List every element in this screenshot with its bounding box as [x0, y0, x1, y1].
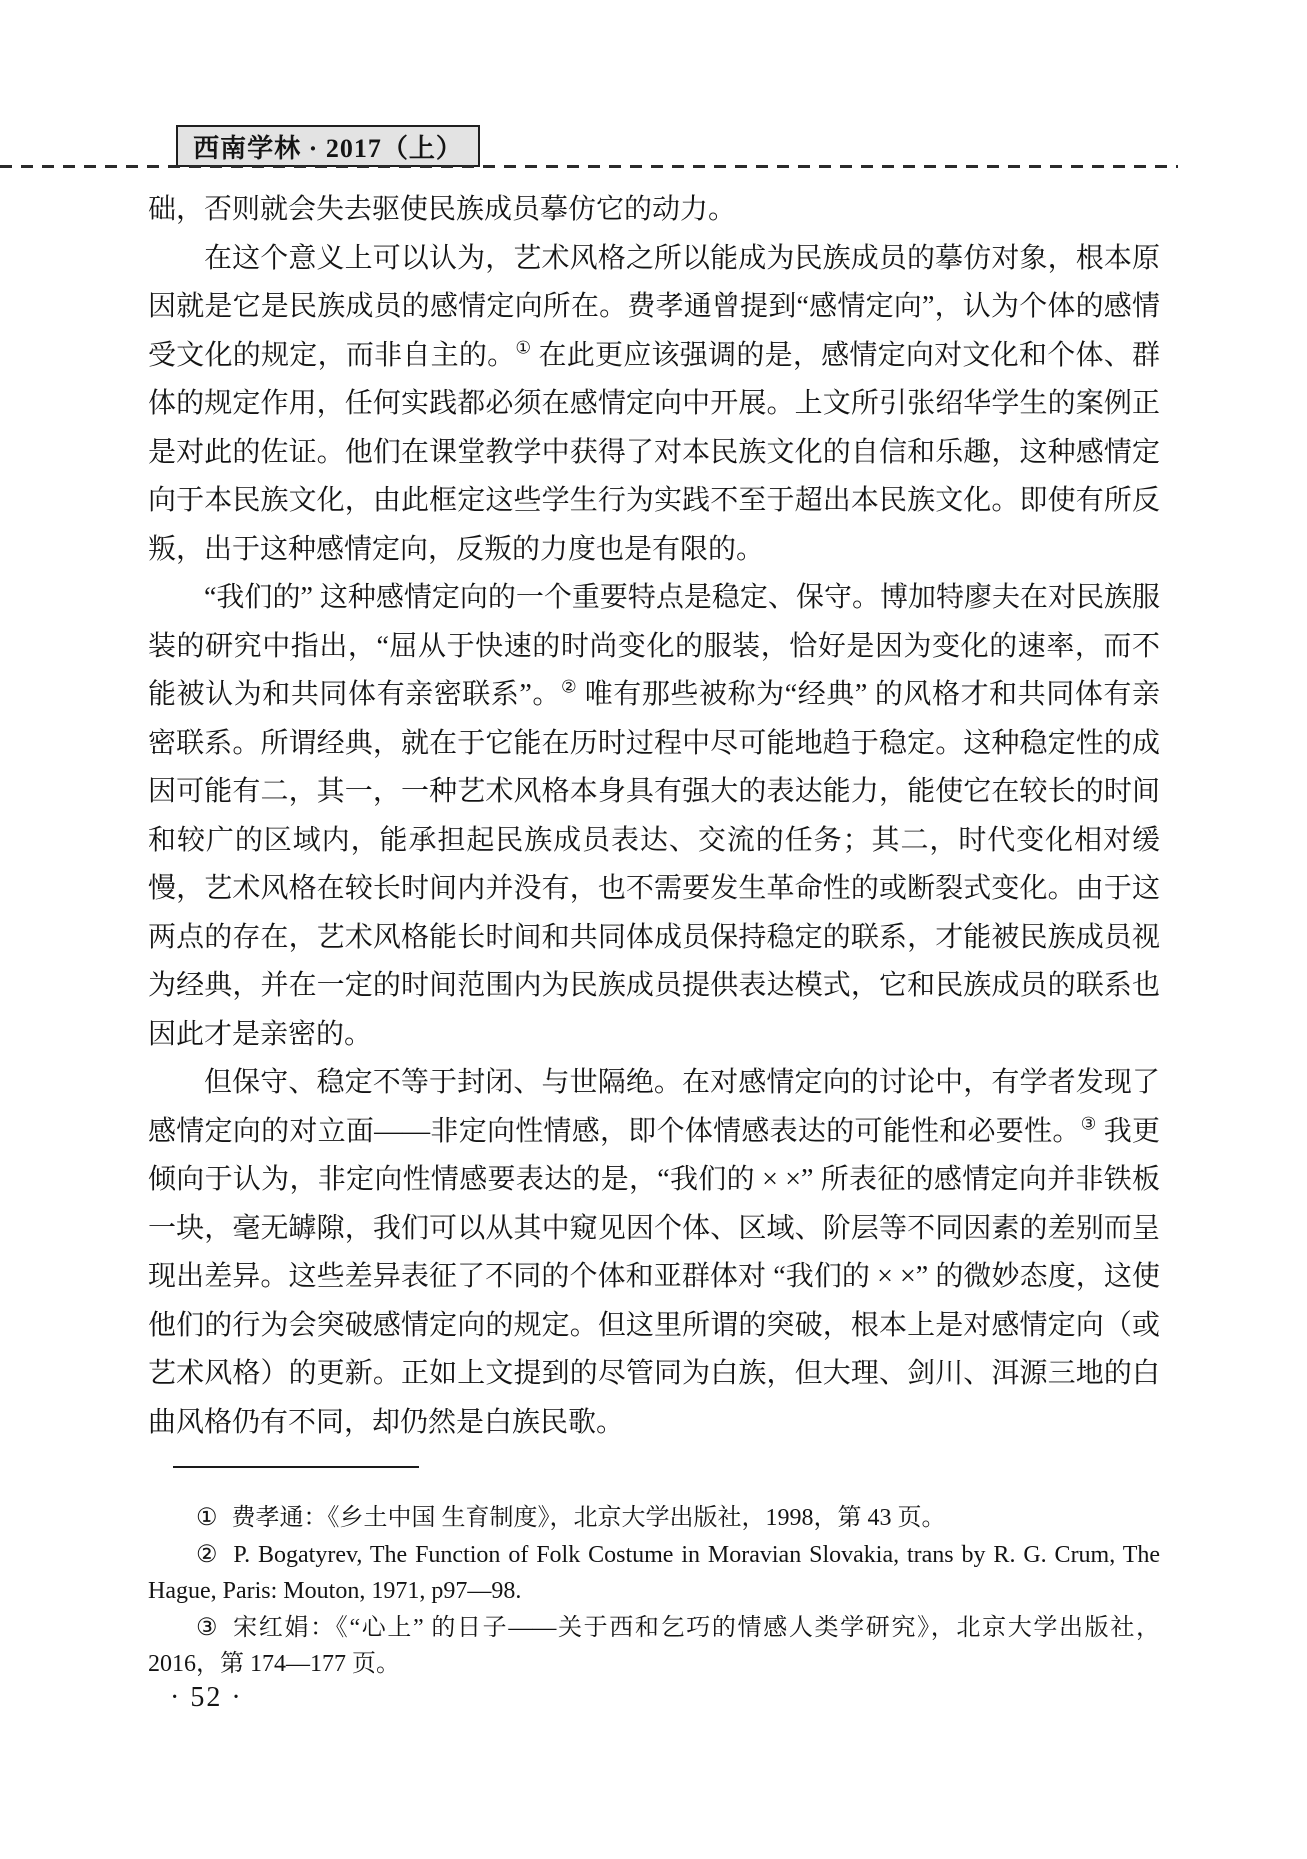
footnote-text: P. Bogatyrev, The Function of Folk Costu… [148, 1542, 1160, 1605]
page-number: · 52 · [170, 1682, 243, 1714]
footnote-reference-mark: ③ [1081, 1114, 1097, 1133]
body-paragraph: 础，否则就会失去驱使民族成员摹仿它的动力。 [148, 186, 1160, 235]
running-header-box: 西南学林 · 2017（上） [176, 125, 480, 167]
body-paragraph: 在这个意义上可以认为，艺术风格之所以能成为民族成员的摹仿对象，根本原因就是它是民… [148, 235, 1160, 575]
journal-title: 西南学林 · 2017（上） [193, 128, 463, 165]
footnote-item: ②P. Bogatyrev, The Function of Folk Cost… [148, 1537, 1160, 1610]
footnotes-section: ①费孝通：《乡土中国 生育制度》，北京大学出版社，1998，第 43 页。②P.… [148, 1500, 1160, 1683]
body-paragraph: “我们的” 这种感情定向的一个重要特点是稳定、保守。博加特廖夫在对民族服装的研究… [148, 574, 1160, 1059]
header-dashed-divider [0, 165, 1178, 168]
footnote-text: 宋红娟：《“心上” 的日子——关于西和乞巧的情感人类学研究》，北京大学出版社，2… [148, 1615, 1160, 1678]
body-paragraph: 但保守、稳定不等于封闭、与世隔绝。在对感情定向的讨论中，有学者发现了感情定向的对… [148, 1059, 1160, 1447]
paragraph-text: 我更倾向于认为，非定向性情感要表达的是，“我们的 × ×” 所表征的感情定向并非… [148, 1116, 1160, 1438]
footnote-text: 费孝通：《乡土中国 生育制度》，北京大学出版社，1998，第 43 页。 [232, 1505, 946, 1531]
footnote-reference-mark: ① [515, 338, 531, 357]
footnote-divider [173, 1466, 419, 1468]
document-page: 西南学林 · 2017（上） 础，否则就会失去驱使民族成员摹仿它的动力。在这个意… [0, 0, 1307, 1859]
footnote-reference-mark: ② [561, 678, 577, 697]
body-text: 础，否则就会失去驱使民族成员摹仿它的动力。在这个意义上可以认为，艺术风格之所以能… [148, 186, 1160, 1447]
footnote-item: ③宋红娟：《“心上” 的日子——关于西和乞巧的情感人类学研究》，北京大学出版社，… [148, 1610, 1160, 1683]
footnote-item: ①费孝通：《乡土中国 生育制度》，北京大学出版社，1998，第 43 页。 [148, 1500, 1160, 1537]
paragraph-text: 础，否则就会失去驱使民族成员摹仿它的动力。 [148, 194, 736, 225]
footnote-marker: ② [196, 1542, 219, 1568]
paragraph-text: 唯有那些被称为“经典” 的风格才和共同体有亲密联系。所谓经典，就在于它能在历时过… [148, 679, 1160, 1050]
footnote-marker: ③ [196, 1615, 219, 1641]
footnote-marker: ① [196, 1505, 218, 1531]
paragraph-text: 在此更应该强调的是，感情定向对文化和个体、群体的规定作用，任何实践都必须在感情定… [148, 340, 1160, 565]
paragraph-text: 但保守、稳定不等于封闭、与世隔绝。在对感情定向的讨论中，有学者发现了感情定向的对… [148, 1067, 1160, 1147]
